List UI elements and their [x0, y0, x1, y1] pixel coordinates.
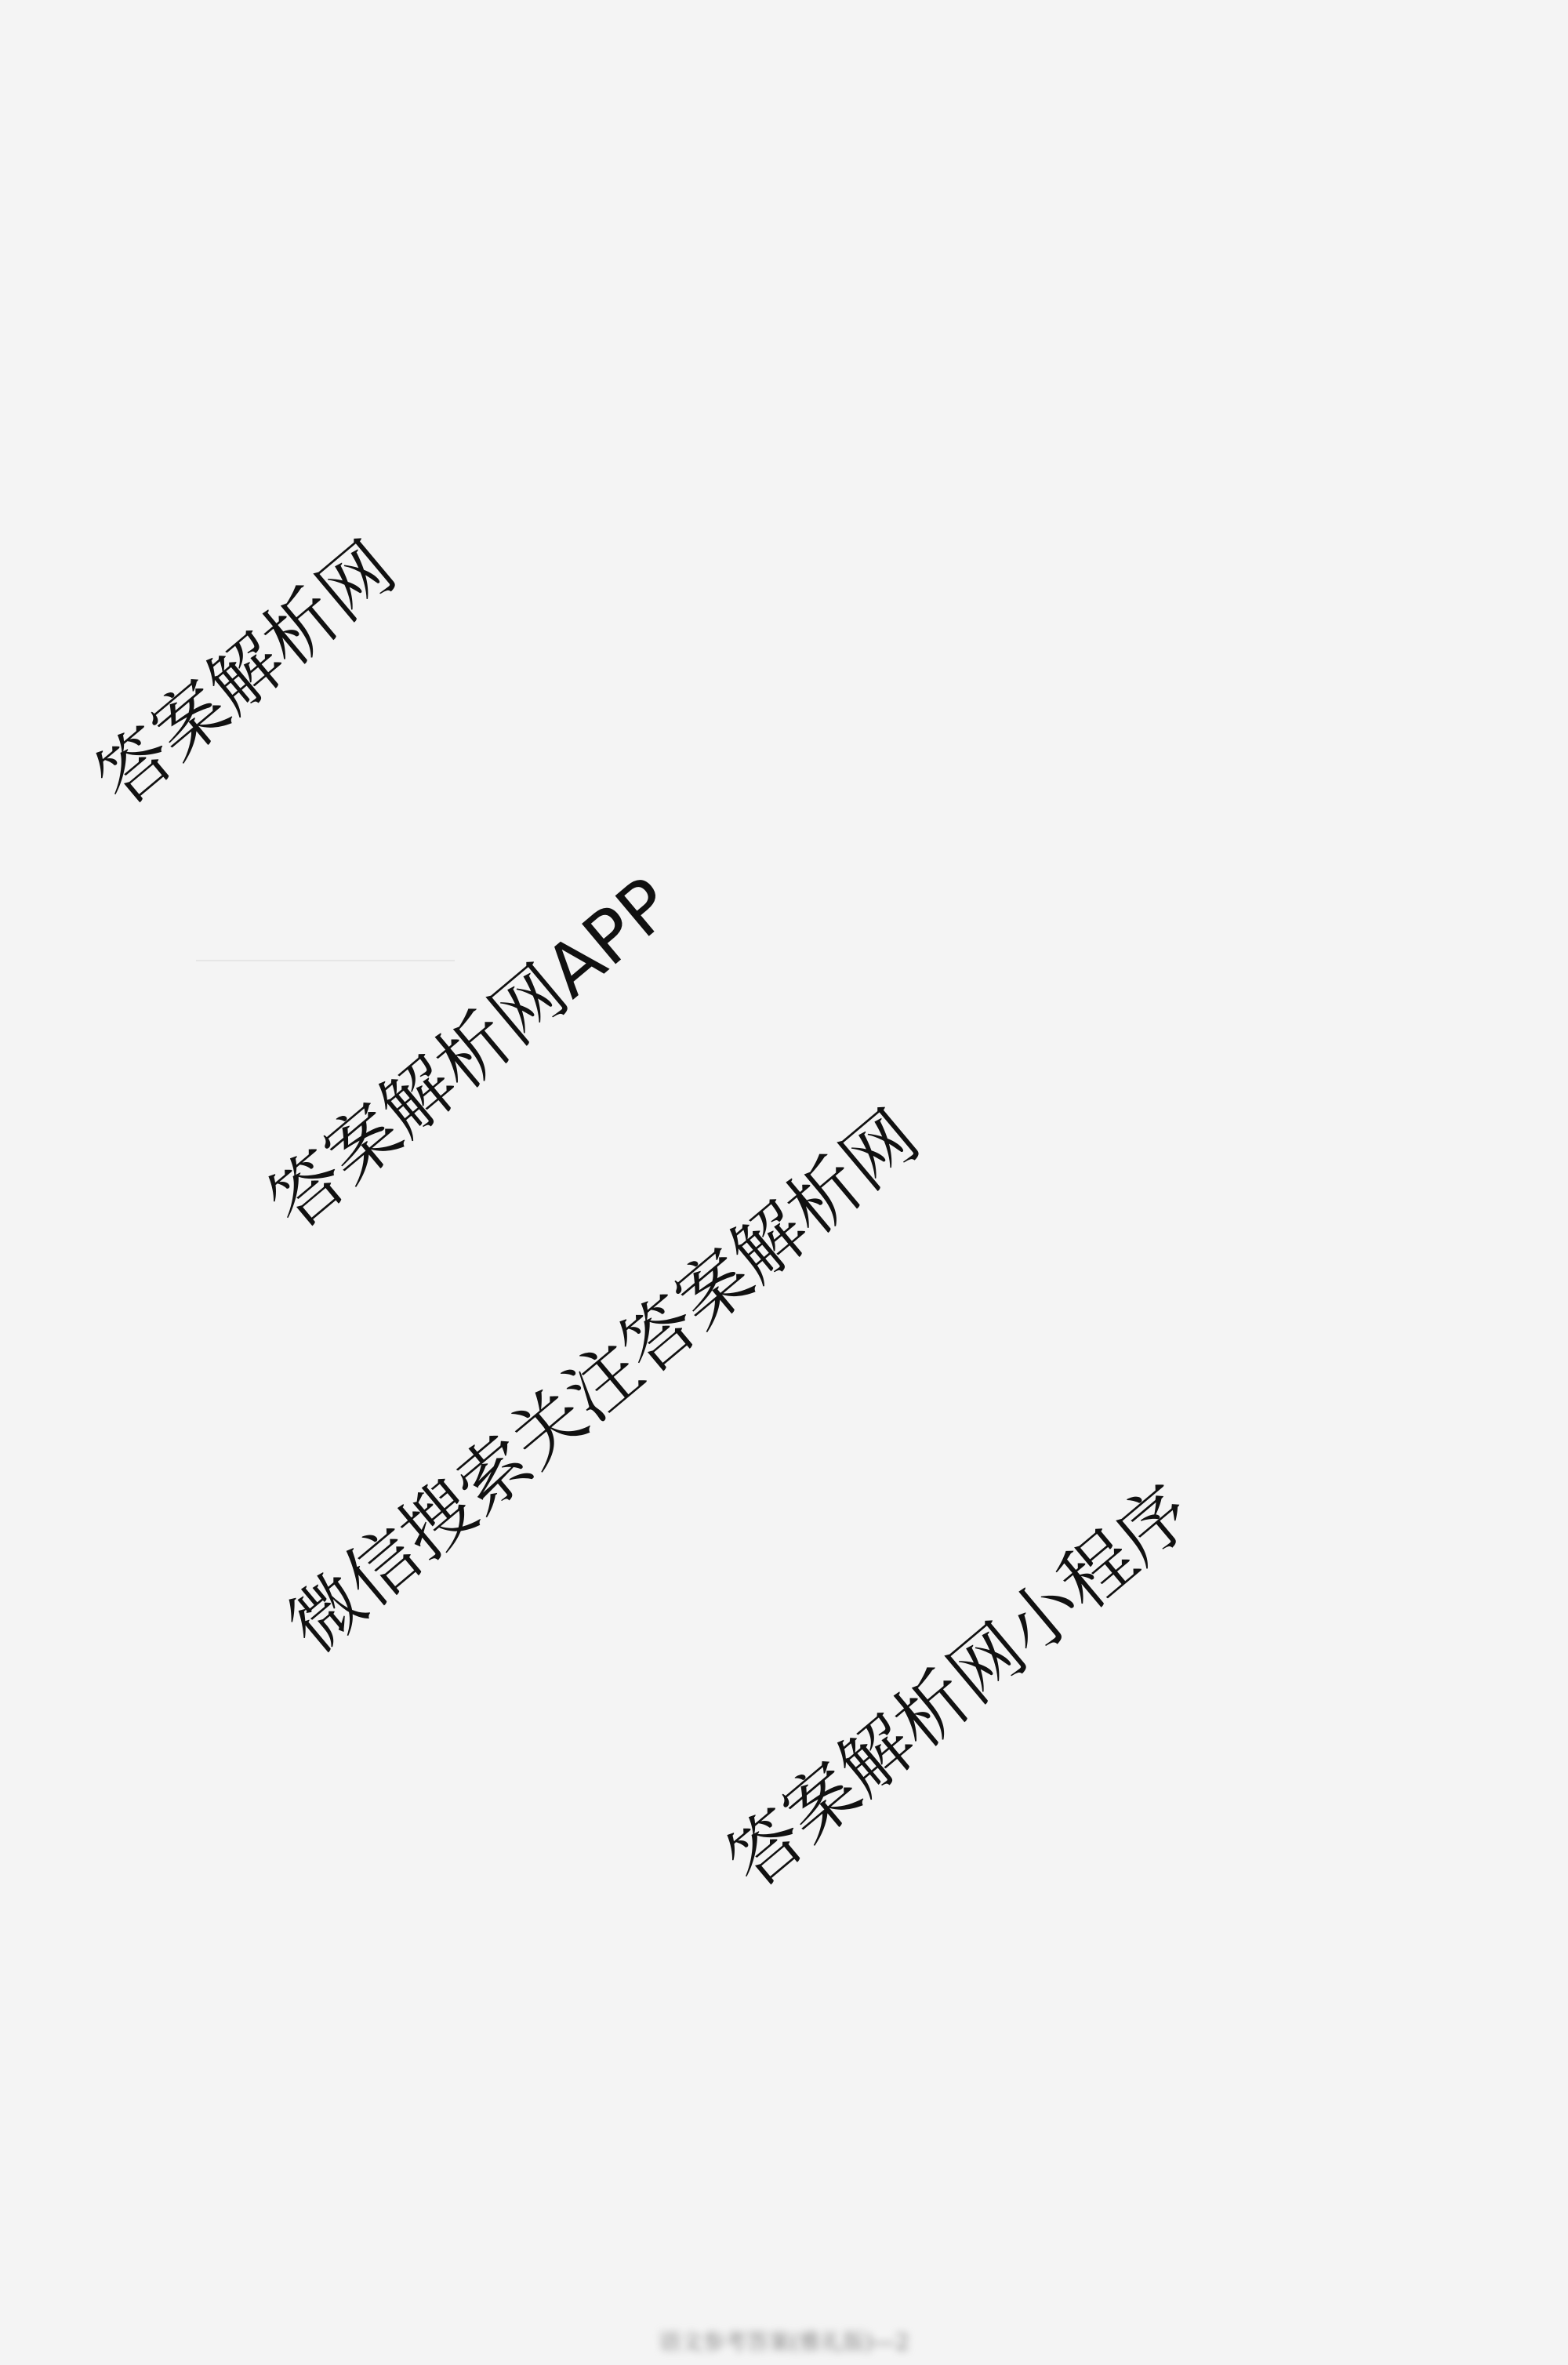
- watermark-4: 答案解析网小程序: [702, 1457, 1210, 1907]
- faint-underline: [196, 955, 455, 961]
- document-page: ②随即采用虚写的手法,意为如果把屏风放在水边,屏风上的字迹都会化作鲛龙游走,想象…: [0, 0, 1568, 2365]
- page-footer: 语文参考答案(雅礼版)—2: [0, 2325, 1568, 2356]
- watermark-2: 答案解析网APP: [243, 849, 690, 1248]
- watermark-1: 答案解析网: [71, 514, 413, 825]
